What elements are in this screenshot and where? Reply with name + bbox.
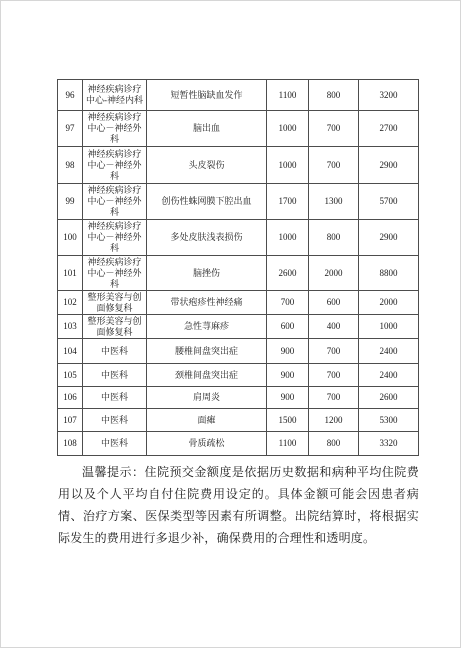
disease-cell: 面瘫 [147,409,267,432]
row-number-cell: 108 [58,432,83,456]
notice-paragraph: 温馨提示：住院预交金额度是依据历史数据和病种平均住院费用以及个人平均自付住院费用… [58,461,419,549]
department-cell: 神经疾病诊疗中心－神经外科 [83,184,147,220]
prepay-amount-cell: 1000 [267,220,309,256]
total-amount-cell: 2900 [359,147,419,184]
selfpay-amount-cell: 1300 [309,184,359,220]
department-cell: 中医科 [83,387,147,409]
selfpay-amount-cell: 800 [309,80,359,111]
total-amount-cell: 5700 [359,184,419,220]
department-cell: 中医科 [83,364,147,387]
disease-cell: 创伤性蛛网膜下腔出血 [147,184,267,220]
prepay-amount-cell: 1100 [267,432,309,456]
table-row: 107 中医科 面瘫 1500 1200 5300 [58,409,419,432]
department-cell: 神经疾病诊疗中心－神经外科 [83,111,147,147]
row-number-cell: 96 [58,80,83,111]
department-cell: 神经疾病诊疗中心－神经外科 [83,256,147,291]
prepay-amount-cell: 900 [267,387,309,409]
total-amount-cell: 2400 [359,364,419,387]
selfpay-amount-cell: 800 [309,432,359,456]
table-row: 97 神经疾病诊疗中心－神经外科 脑出血 1000 700 2700 [58,111,419,147]
prepay-amount-cell: 1000 [267,147,309,184]
disease-cell: 头皮裂伤 [147,147,267,184]
prepay-amount-cell: 600 [267,315,309,339]
prepay-amount-cell: 1000 [267,111,309,147]
department-cell: 整形美容与创面修复科 [83,315,147,339]
total-amount-cell: 2900 [359,220,419,256]
table-row: 101 神经疾病诊疗中心－神经外科 脑挫伤 2600 2000 8800 [58,256,419,291]
table-row: 103 整形美容与创面修复科 急性荨麻疹 600 400 1000 [58,315,419,339]
disease-cell: 颈椎间盘突出症 [147,364,267,387]
total-amount-cell: 8800 [359,256,419,291]
selfpay-amount-cell: 700 [309,147,359,184]
row-number-cell: 105 [58,364,83,387]
total-amount-cell: 3200 [359,80,419,111]
department-cell: 神经疾病诊疗中心-神经内科 [83,80,147,111]
total-amount-cell: 5300 [359,409,419,432]
disease-cell: 肩周炎 [147,387,267,409]
disease-cell: 短暂性脑缺血发作 [147,80,267,111]
table-row: 99 神经疾病诊疗中心－神经外科 创伤性蛛网膜下腔出血 1700 1300 57… [58,184,419,220]
prepay-amount-cell: 900 [267,364,309,387]
row-number-cell: 101 [58,256,83,291]
row-number-cell: 99 [58,184,83,220]
department-cell: 神经疾病诊疗中心－神经外科 [83,147,147,184]
prepay-amount-cell: 2600 [267,256,309,291]
row-number-cell: 107 [58,409,83,432]
selfpay-amount-cell: 600 [309,291,359,315]
disease-cell: 脑出血 [147,111,267,147]
document-page: 96 神经疾病诊疗中心-神经内科 短暂性脑缺血发作 1100 800 3200 … [0,0,461,648]
row-number-cell: 104 [58,339,83,364]
selfpay-amount-cell: 700 [309,364,359,387]
table-row: 98 神经疾病诊疗中心－神经外科 头皮裂伤 1000 700 2900 [58,147,419,184]
total-amount-cell: 2700 [359,111,419,147]
table-row: 105 中医科 颈椎间盘突出症 900 700 2400 [58,364,419,387]
fee-table-body: 96 神经疾病诊疗中心-神经内科 短暂性脑缺血发作 1100 800 3200 … [58,80,419,456]
table-row: 102 整形美容与创面修复科 带状疱疹性神经痛 700 600 2000 [58,291,419,315]
table-row: 104 中医科 腰椎间盘突出症 900 700 2400 [58,339,419,364]
disease-cell: 腰椎间盘突出症 [147,339,267,364]
prepay-amount-cell: 1500 [267,409,309,432]
prepay-amount-cell: 1100 [267,80,309,111]
disease-cell: 脑挫伤 [147,256,267,291]
department-cell: 中医科 [83,409,147,432]
table-row: 108 中医科 骨质疏松 1100 800 3320 [58,432,419,456]
selfpay-amount-cell: 700 [309,387,359,409]
row-number-cell: 97 [58,111,83,147]
department-cell: 中医科 [83,432,147,456]
disease-cell: 多处皮肤浅表损伤 [147,220,267,256]
total-amount-cell: 3320 [359,432,419,456]
row-number-cell: 106 [58,387,83,409]
department-cell: 神经疾病诊疗中心－神经外科 [83,220,147,256]
disease-cell: 带状疱疹性神经痛 [147,291,267,315]
total-amount-cell: 1000 [359,315,419,339]
total-amount-cell: 2000 [359,291,419,315]
department-cell: 中医科 [83,339,147,364]
table-row: 106 中医科 肩周炎 900 700 2600 [58,387,419,409]
selfpay-amount-cell: 700 [309,339,359,364]
prepay-amount-cell: 1700 [267,184,309,220]
prepay-amount-cell: 700 [267,291,309,315]
disease-cell: 急性荨麻疹 [147,315,267,339]
prepay-amount-cell: 900 [267,339,309,364]
total-amount-cell: 2600 [359,387,419,409]
table-row: 96 神经疾病诊疗中心-神经内科 短暂性脑缺血发作 1100 800 3200 [58,80,419,111]
disease-cell: 骨质疏松 [147,432,267,456]
total-amount-cell: 2400 [359,339,419,364]
fee-table: 96 神经疾病诊疗中心-神经内科 短暂性脑缺血发作 1100 800 3200 … [57,79,419,456]
row-number-cell: 100 [58,220,83,256]
selfpay-amount-cell: 700 [309,111,359,147]
table-row: 100 神经疾病诊疗中心－神经外科 多处皮肤浅表损伤 1000 800 2900 [58,220,419,256]
selfpay-amount-cell: 2000 [309,256,359,291]
selfpay-amount-cell: 1200 [309,409,359,432]
row-number-cell: 98 [58,147,83,184]
row-number-cell: 102 [58,291,83,315]
selfpay-amount-cell: 400 [309,315,359,339]
selfpay-amount-cell: 800 [309,220,359,256]
row-number-cell: 103 [58,315,83,339]
department-cell: 整形美容与创面修复科 [83,291,147,315]
